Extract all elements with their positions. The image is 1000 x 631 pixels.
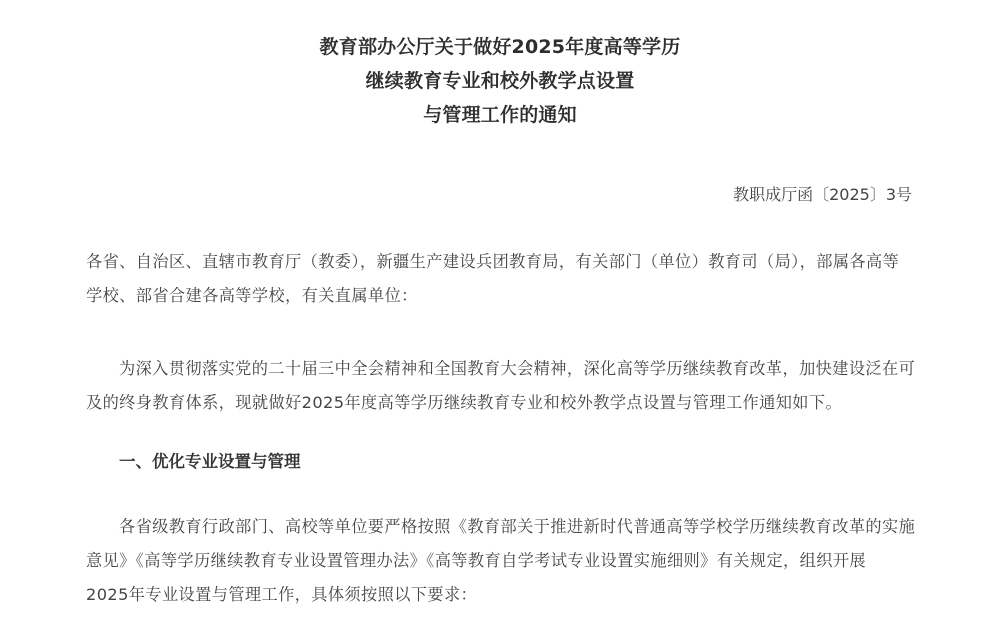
title-line-3: 与管理工作的通知	[0, 98, 1000, 132]
addressee-paragraph: 各省、自治区、直辖市教育厅（教委），新疆生产建设兵团教育局，有关部门（单位）教育…	[86, 245, 918, 313]
section-body-paragraph: 各省级教育行政部门、高校等单位要严格按照《教育部关于推进新时代普通高等学校学历继…	[86, 510, 918, 612]
title-line-1: 教育部办公厅关于做好2025年度高等学历	[0, 30, 1000, 64]
notice-document: 教育部办公厅关于做好2025年度高等学历 继续教育专业和校外教学点设置 与管理工…	[0, 0, 1000, 631]
section-body-line-1: 各省级教育行政部门、高校等单位要严格按照《教育部关于推进新时代普通高等学校学历继…	[86, 510, 918, 544]
document-title: 教育部办公厅关于做好2025年度高等学历 继续教育专业和校外教学点设置 与管理工…	[0, 30, 1000, 132]
intro-line-1: 为深入贯彻落实党的二十届三中全会精神和全国教育大会精神，深化高等学历继续教育改革…	[86, 352, 918, 386]
section-heading: 一、优化专业设置与管理	[119, 447, 301, 477]
addressee-line-2: 学校、部省合建各高等学校，有关直属单位：	[86, 279, 918, 313]
intro-line-2: 及的终身教育体系，现就做好2025年度高等学历继续教育专业和校外教学点设置与管理…	[86, 386, 918, 420]
section-body-line-2: 意见》《高等学历继续教育专业设置管理办法》《高等教育自学考试专业设置实施细则》有…	[86, 544, 918, 578]
title-line-2: 继续教育专业和校外教学点设置	[0, 64, 1000, 98]
intro-paragraph: 为深入贯彻落实党的二十届三中全会精神和全国教育大会精神，深化高等学历继续教育改革…	[86, 352, 918, 420]
document-number: 教职成厅函〔2025〕3号	[733, 183, 912, 207]
section-body-line-3: 2025年专业设置与管理工作，具体须按照以下要求：	[86, 578, 918, 612]
addressee-line-1: 各省、自治区、直辖市教育厅（教委），新疆生产建设兵团教育局，有关部门（单位）教育…	[86, 245, 918, 279]
